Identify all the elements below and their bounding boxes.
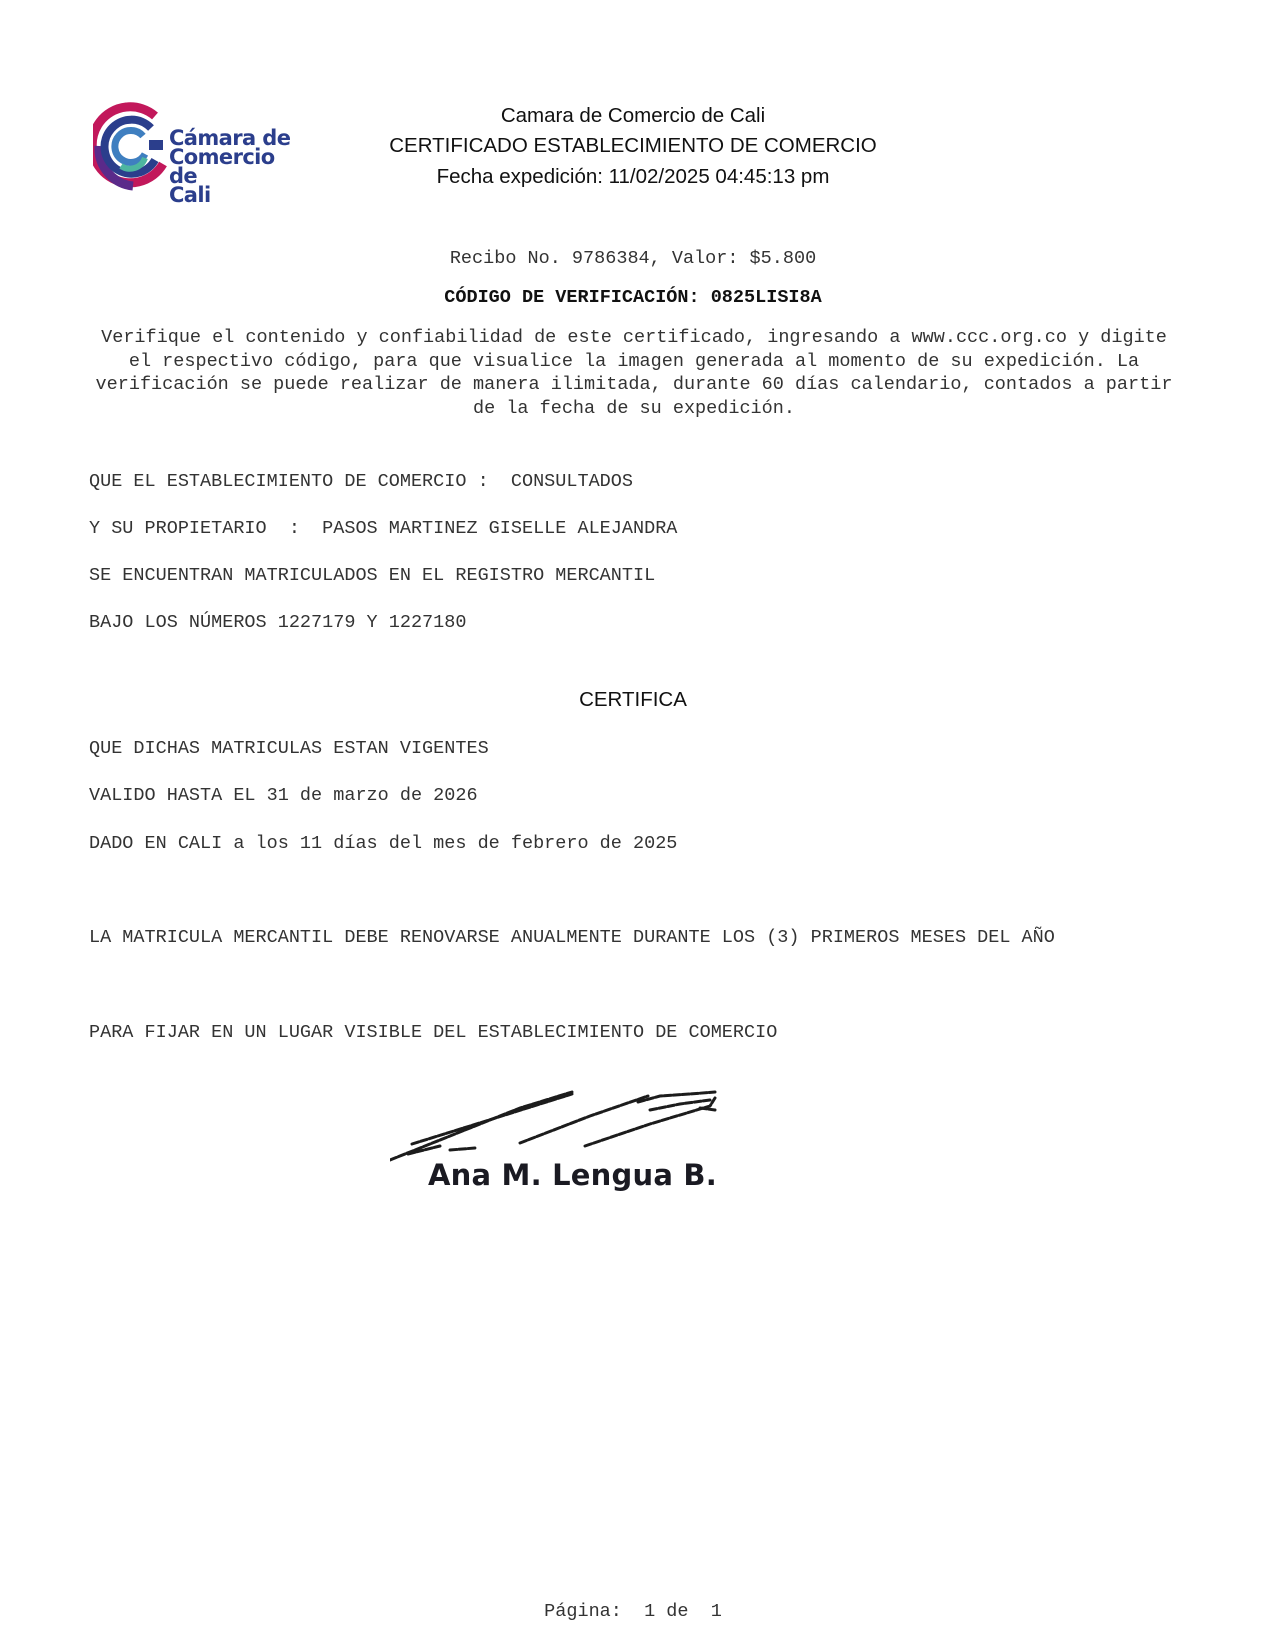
logo-text-line-2: Comercio de: [169, 148, 308, 186]
signature-block: Ana M. Lengua B.: [390, 1088, 755, 1203]
valid-status-line: QUE DICHAS MATRICULAS ESTAN VIGENTES: [89, 738, 489, 759]
verification-code: CÓDIGO DE VERIFICACIÓN: 0825LISI8A: [0, 287, 1266, 308]
valid-until-line: VALIDO HASTA EL 31 de marzo de 2026: [89, 785, 478, 806]
document-title: CERTIFICADO ESTABLECIMIENTO DE COMERCIO: [300, 134, 966, 158]
issue-date: Fecha expedición: 11/02/2025 04:45:13 pm: [300, 165, 966, 189]
handwritten-signature-icon: [390, 1088, 755, 1168]
owner-line: Y SU PROPIETARIO : PASOS MARTINEZ GISELL…: [89, 518, 677, 539]
registered-line: SE ENCUENTRAN MATRICULADOS EN EL REGISTR…: [89, 565, 655, 586]
signer-name: Ana M. Lengua B.: [428, 1158, 717, 1192]
logo-text-line-3: Cali: [169, 186, 308, 205]
camara-comercio-c-logo-icon: [93, 102, 173, 197]
renewal-notice-line: LA MATRICULA MERCANTIL DEBE RENOVARSE AN…: [89, 927, 1055, 948]
given-at-line: DADO EN CALI a los 11 días del mes de fe…: [89, 833, 677, 854]
receipt-line: Recibo No. 9786384, Valor: $5.800: [0, 248, 1266, 269]
camara-comercio-logo: Cámara de Comercio de Cali: [93, 102, 308, 197]
page-number: Página: 1 de 1: [0, 1601, 1266, 1622]
registration-numbers-line: BAJO LOS NÚMEROS 1227179 Y 1227180: [89, 612, 466, 633]
organization-name: Camara de Comercio de Cali: [300, 104, 966, 128]
display-notice-line: PARA FIJAR EN UN LUGAR VISIBLE DEL ESTAB…: [89, 1022, 777, 1043]
establishment-line: QUE EL ESTABLECIMIENTO DE COMERCIO : CON…: [89, 471, 633, 492]
verification-notice: Verifique el contenido y confiabilidad d…: [88, 326, 1180, 421]
certifica-heading: CERTIFICA: [0, 688, 1266, 712]
